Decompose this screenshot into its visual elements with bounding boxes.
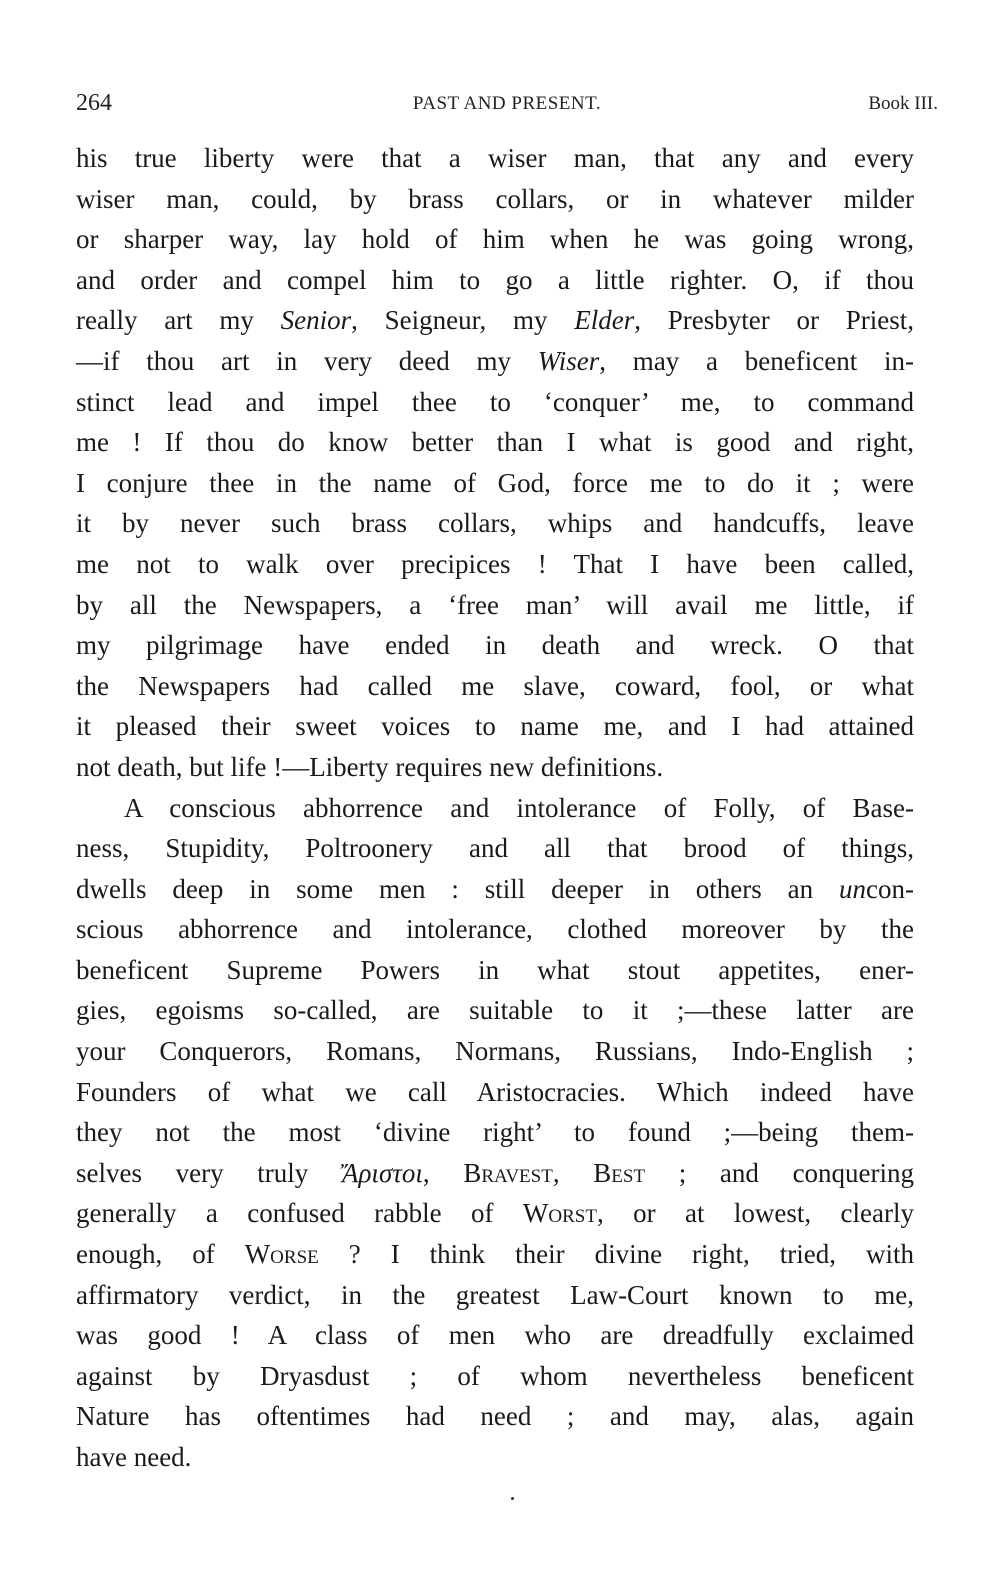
text-line: gies, egoisms so-called, are suitable to… [76, 990, 914, 1031]
text-run: against by Dryasdust ; of whom neverthel… [76, 1361, 914, 1391]
text-run: con- [866, 874, 914, 904]
italic-text: Senior [281, 305, 352, 335]
text-run: selves very truly [76, 1158, 342, 1188]
text-run: not death, but life !—Liberty requires n… [76, 752, 663, 782]
text-run: Founders of what we call Aristocracies. … [76, 1077, 914, 1107]
text-run: , [423, 1158, 463, 1188]
text-run: by all the Newspapers, a ‘free man’ will… [76, 590, 914, 620]
small-caps-text: Worst [523, 1198, 597, 1228]
italic-text: Ἄριστοι [342, 1158, 423, 1188]
italic-text: Wiser [538, 346, 600, 376]
small-caps-text: Bravest [463, 1158, 552, 1188]
text-run: have need. [76, 1442, 191, 1472]
text-run: Nature has oftentimes had need ; and may… [76, 1401, 914, 1431]
text-run: enough, of [76, 1239, 245, 1269]
text-line: —if thou art in very deed my Wiser, may … [76, 341, 914, 382]
text-line: selves very truly Ἄριστοι, Bravest, Best… [76, 1153, 914, 1194]
text-run: your Conquerors, Romans, Normans, Russia… [76, 1036, 914, 1066]
text-run: I conjure thee in the name of God, force… [76, 468, 914, 498]
text-line: it by never such brass collars, whips an… [76, 503, 914, 544]
text-line: his true liberty were that a wiser man, … [76, 138, 914, 179]
text-line: me ! If thou do know better than I what … [76, 422, 914, 463]
text-run: or sharper way, lay hold of him when he … [76, 224, 914, 254]
running-header: 264 PAST AND PRESENT. Book III. [76, 90, 938, 120]
text-line: by all the Newspapers, a ‘free man’ will… [76, 585, 914, 626]
text-run: ness, Stupidity, Poltroonery and all tha… [76, 833, 914, 863]
text-line: against by Dryasdust ; of whom neverthel… [76, 1356, 914, 1397]
text-run: the Newspapers had called me slave, cowa… [76, 671, 914, 701]
text-run: beneficent Supreme Powers in what stout … [76, 955, 914, 985]
text-run: it by never such brass collars, whips an… [76, 508, 914, 538]
page-body: his true liberty were that a wiser man, … [76, 138, 914, 1478]
text-line: affirmatory verdict, in the greatest Law… [76, 1275, 914, 1316]
text-line: wiser man, could, by brass collars, or i… [76, 179, 914, 220]
text-run: wiser man, could, by brass collars, or i… [76, 184, 914, 214]
text-line: Nature has oftentimes had need ; and may… [76, 1396, 914, 1437]
italic-text: un [839, 874, 866, 904]
text-line: stinct lead and impel thee to ‘conquer’ … [76, 382, 914, 423]
italic-text: Elder [574, 305, 634, 335]
text-line: ness, Stupidity, Poltroonery and all tha… [76, 828, 914, 869]
text-line: was good ! A class of men who are dreadf… [76, 1315, 914, 1356]
text-run: ; and conquering [645, 1158, 914, 1188]
text-run: ? I think their divine right, tried, wit… [319, 1239, 914, 1269]
text-line: Founders of what we call Aristocracies. … [76, 1072, 914, 1113]
text-run: , Seigneur, my [351, 305, 574, 335]
text-line: they not the most ‘divine right’ to foun… [76, 1112, 914, 1153]
text-line: enough, of Worse ? I think their divine … [76, 1234, 914, 1275]
small-caps-text: Worse [245, 1239, 319, 1269]
paragraph: his true liberty were that a wiser man, … [76, 138, 914, 788]
text-line: it pleased their sweet voices to name me… [76, 706, 914, 747]
text-line: not death, but life !—Liberty requires n… [76, 747, 914, 788]
text-run: , may a beneficent in- [599, 346, 914, 376]
text-run: dwells deep in some men : still deeper i… [76, 874, 839, 904]
print-speck [511, 1497, 514, 1500]
text-run: generally a confused rabble of [76, 1198, 523, 1228]
text-run: , or at lowest, clearly [597, 1198, 914, 1228]
text-run: me not to walk over precipices ! That I … [76, 549, 914, 579]
text-line: my pilgrimage have ended in death and wr… [76, 625, 914, 666]
text-line: generally a confused rabble of Worst, or… [76, 1193, 914, 1234]
text-line: or sharper way, lay hold of him when he … [76, 219, 914, 260]
text-run: his true liberty were that a wiser man, … [76, 143, 914, 173]
text-run: , [553, 1158, 593, 1188]
text-line: really art my Senior, Seigneur, my Elder… [76, 300, 914, 341]
text-line: dwells deep in some men : still deeper i… [76, 869, 914, 910]
text-line: your Conquerors, Romans, Normans, Russia… [76, 1031, 914, 1072]
small-caps-text: Best [593, 1158, 645, 1188]
running-title: PAST AND PRESENT. [76, 93, 938, 115]
text-run: gies, egoisms so-called, are suitable to… [76, 995, 914, 1025]
text-run: my pilgrimage have ended in death and wr… [76, 630, 914, 660]
text-run: , Presbyter or Priest, [634, 305, 914, 335]
text-run: was good ! A class of men who are dreadf… [76, 1320, 914, 1350]
text-run: really art my [76, 305, 281, 335]
text-line: A conscious abhorrence and intolerance o… [76, 788, 914, 829]
paragraph: A conscious abhorrence and intolerance o… [76, 788, 914, 1478]
book-label: Book III. [868, 93, 938, 115]
text-run: it pleased their sweet voices to name me… [76, 711, 914, 741]
text-line: and order and compel him to go a little … [76, 260, 914, 301]
text-run: A conscious abhorrence and intolerance o… [124, 793, 914, 823]
text-run: —if thou art in very deed my [76, 346, 538, 376]
text-line: have need. [76, 1437, 914, 1478]
text-line: beneficent Supreme Powers in what stout … [76, 950, 914, 991]
text-line: I conjure thee in the name of God, force… [76, 463, 914, 504]
text-run: scious abhorrence and intolerance, cloth… [76, 914, 914, 944]
text-run: and order and compel him to go a little … [76, 265, 914, 295]
text-line: scious abhorrence and intolerance, cloth… [76, 909, 914, 950]
text-run: affirmatory verdict, in the greatest Law… [76, 1280, 914, 1310]
text-line: me not to walk over precipices ! That I … [76, 544, 914, 585]
text-run: they not the most ‘divine right’ to foun… [76, 1117, 914, 1147]
text-run: stinct lead and impel thee to ‘conquer’ … [76, 387, 914, 417]
text-run: me ! If thou do know better than I what … [76, 427, 914, 457]
text-line: the Newspapers had called me slave, cowa… [76, 666, 914, 707]
